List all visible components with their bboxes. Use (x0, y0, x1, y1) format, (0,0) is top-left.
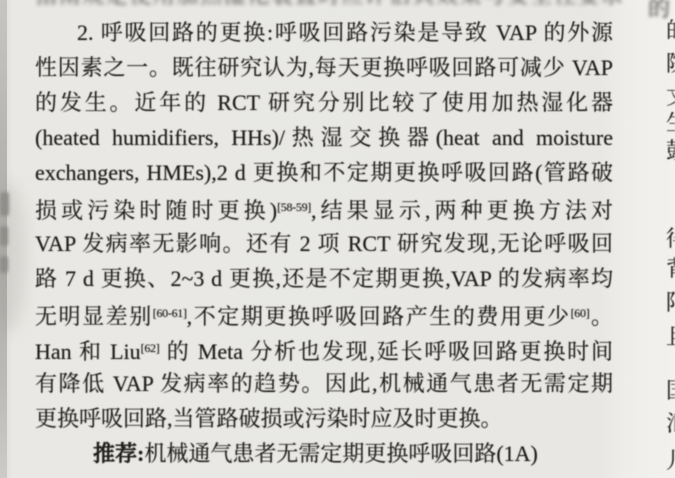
text-segment: ,不定期更换呼吸回路产生的费用更少 (187, 304, 571, 329)
scan-blotch (0, 192, 9, 216)
text-line: 更换呼吸回路,当管路破损或污染时应及时更换。 (35, 401, 613, 436)
reference-superscript: [60] (571, 306, 590, 320)
recommendation-text: 机械通气患者无需定期更换呼吸回路(1A) (144, 441, 538, 466)
right-column-fragment: 院 (666, 53, 675, 75)
right-column-fragment: 文 (666, 86, 675, 108)
recommendation-line: 推荐:机械通气患者无需定期更换呼吸回路(1A) (35, 436, 613, 471)
text-line: Han 和 Liu[62] 的 Meta 分析也发现,延长呼吸回路更换时间 (35, 331, 613, 366)
right-column-fragment: 的 (666, 20, 675, 42)
text-line: 路 7 d 更换、2~3 d 更换,还是不定期更换,VAP 的发病率均 (35, 261, 613, 296)
text-line: 的发生。近年的 RCT 研究分别比较了使用加热湿化器 (35, 85, 613, 120)
text-line: 2. 呼吸回路的更换:呼吸回路污染是导致 VAP 的外源 (35, 15, 613, 50)
right-column-fragment: 背 (666, 258, 675, 280)
text-segment: ,结果显示,两种更换方法对 (311, 198, 613, 223)
right-column-fragment: 阳 (666, 292, 675, 314)
text-segment: 无明显差别 (35, 304, 153, 329)
paragraph-column: 2. 呼吸回路的更换:呼吸回路污染是导致 VAP 的外源 性因素之一。既往研究认… (35, 15, 613, 471)
scanned-paper-page: 指南规定使用加热湿化装置时应评估其效果与安全性要求 的 2. 呼吸回路的更换:呼… (0, 0, 675, 478)
text-segment: 损或污染时随时更换) (35, 198, 277, 223)
right-column-fragments: 的院文生鼓得背阳且国汇儿 (666, 0, 675, 478)
text-segment: 的 Meta 分析也发现,延长呼吸回路更换时间 (159, 339, 613, 364)
right-column-fragment: 生 (666, 112, 675, 134)
text-line: 性因素之一。既往研究认为,每天更换呼吸回路可减少 VAP (35, 50, 613, 85)
text-line: exchangers, HMEs),2 d 更换和不定期更换呼吸回路(管路破 (35, 155, 613, 190)
text-segment: 。 (589, 304, 613, 329)
reference-superscript: [62] (141, 341, 160, 355)
right-column-fragment: 且 (666, 326, 675, 348)
recommendation-label: 推荐: (93, 441, 144, 466)
right-column-fragment: 鼓 (666, 140, 675, 162)
text-segment: Han 和 Liu (35, 339, 141, 364)
right-column-fragment: 国 (666, 380, 675, 402)
scan-blotch (0, 256, 8, 273)
reference-superscript: [60-61] (153, 306, 187, 320)
text-line: 有降低 VAP 发病率的趋势。因此,机械通气患者无需定期 (35, 366, 613, 401)
right-column-fragment: 儿 (666, 450, 675, 472)
text-line: (heated humidifiers, HHs)/热湿交换器(heat and… (35, 120, 613, 155)
clipped-top-text-line: 指南规定使用加热湿化装置时应评估其效果与安全性要求 (35, 0, 623, 11)
reference-superscript: [58-59] (277, 200, 311, 214)
text-line: 损或污染时随时更换)[58-59],结果显示,两种更换方法对 (35, 190, 613, 225)
text-line: VAP 发病率无影响。还有 2 项 RCT 研究发现,无论呼吸回 (35, 226, 613, 261)
scan-blotch (0, 226, 8, 246)
right-column-fragment: 汇 (666, 413, 675, 435)
right-column-fragment: 得 (666, 228, 675, 250)
text-line: 无明显差别[60-61],不定期更换呼吸回路产生的费用更少[60]。 (35, 296, 613, 331)
